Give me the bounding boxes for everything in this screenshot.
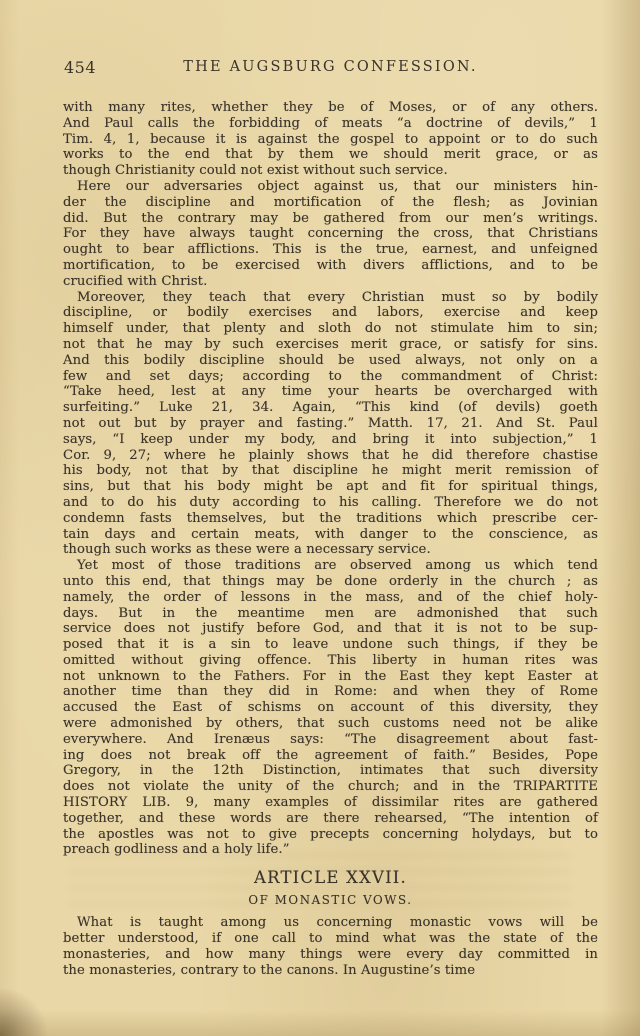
text-line: not that he may by such exercises merit … [63,337,598,353]
text-line: ought to bear afflictions. This is the t… [63,242,598,258]
text-line: surfeiting.” Luke 21, 34. Again, “This k… [63,400,598,416]
text-line: condemn fasts themselves, but the tradit… [63,511,598,527]
text-line: posed that it is a sin to leave undone s… [63,637,598,653]
text-line: Tim. 4, 1, because it is against the gos… [63,132,598,148]
text-line: der the discipline and mortification of … [63,195,598,211]
text-line: Yet most of those traditions are observe… [63,558,598,574]
text-line: though Christianity could not exist with… [63,163,598,179]
text-line: Moreover, they teach that every Christia… [63,290,598,306]
text-line: service does not justify before God, and… [63,621,598,637]
text-line: sins, but that his body might be apt and… [63,479,598,495]
text-line: another time than they did in Rome: and … [63,684,598,700]
text-line: says, “I keep under my body, and bring i… [63,432,598,448]
text-line: tain days and certain meats, with danger… [63,527,598,543]
text-line: not unknown to the Fathers. For in the E… [63,669,598,685]
body-text-after-heading: What is taught among us concerning monas… [63,915,598,978]
text-line: Here our adversaries object against us, … [63,179,598,195]
text-line: unto this end, that things may be done o… [63,574,598,590]
text-line: Gregory, in the 12th Distinction, intima… [63,763,598,779]
text-line: “Take heed, lest at any time your hearts… [63,384,598,400]
text-line: better understood, if one call to mind w… [63,931,598,947]
paragraph: Yet most of those traditions are observe… [63,558,598,858]
text-line: few and set days; according to the comma… [63,369,598,385]
text-line: works to the end that by them we should … [63,147,598,163]
text-line: were admonished by others, that such cus… [63,716,598,732]
scanned-book-page: { "page": { "number": "454", "running_ti… [0,0,640,1036]
text-line: crucified with Christ. [63,274,598,290]
paragraph: with many rites, whether they be of Mose… [63,100,598,179]
text-line: though such works as these were a necess… [63,542,598,558]
text-line: namely, the order of lessons in the mass… [63,590,598,606]
text-line: For they have always taught concerning t… [63,226,598,242]
text-line: accused the East of schisms on account o… [63,700,598,716]
text-line: not out but by prayer and fasting.” Matt… [63,416,598,432]
text-line: the monasteries, contrary to the canons.… [63,963,598,979]
text-line: What is taught among us concerning monas… [63,915,598,931]
text-line: himself under, that plenty and sloth do … [63,321,598,337]
text-line: And Paul calls the forbidding of meats “… [63,116,598,132]
text-line: his body, not that by that discipline he… [63,463,598,479]
text-line: HISTORY LIB. 9, many examples of dissimi… [63,795,598,811]
text-line: discipline, or bodily exercises and labo… [63,305,598,321]
text-line: the apostles was not to give precepts co… [63,827,598,843]
article-subheading: OF MONASTIC VOWS. [63,893,598,907]
text-line: mortification, to be exercised with dive… [63,258,598,274]
page-header: 454 THE AUGSBURG CONFESSION. [63,58,598,77]
text-line: monasteries, and how many things were ev… [63,947,598,963]
text-line: preach godliness and a holy life.” [63,842,598,858]
text-line: with many rites, whether they be of Mose… [63,100,598,116]
page-content: 454 THE AUGSBURG CONFESSION. with many r… [63,0,598,978]
paragraph: What is taught among us concerning monas… [63,915,598,978]
text-line: omitted without giving offence. This lib… [63,653,598,669]
text-line: and to do his duty according to his call… [63,495,598,511]
article-heading: ARTICLE XXVII. [63,868,598,887]
paragraph: Moreover, they teach that every Christia… [63,290,598,559]
text-line: does not violate the unity of the church… [63,779,598,795]
text-line: Cor. 9, 27; where he plainly shows that … [63,448,598,464]
text-line: everywhere. And Irenæus says: “The disag… [63,732,598,748]
text-line: days. But in the meantime men are admoni… [63,606,598,622]
text-line: ing does not break off the agreement of … [63,748,598,764]
paragraph: Here our adversaries object against us, … [63,179,598,290]
text-line: And this bodily discipline should be use… [63,353,598,369]
running-title: THE AUGSBURG CONFESSION. [63,59,598,75]
text-line: together, and these words are there rehe… [63,811,598,827]
text-line: did. But the contrary may be gathered fr… [63,211,598,227]
body-text-before-heading: with many rites, whether they be of Mose… [63,100,598,858]
